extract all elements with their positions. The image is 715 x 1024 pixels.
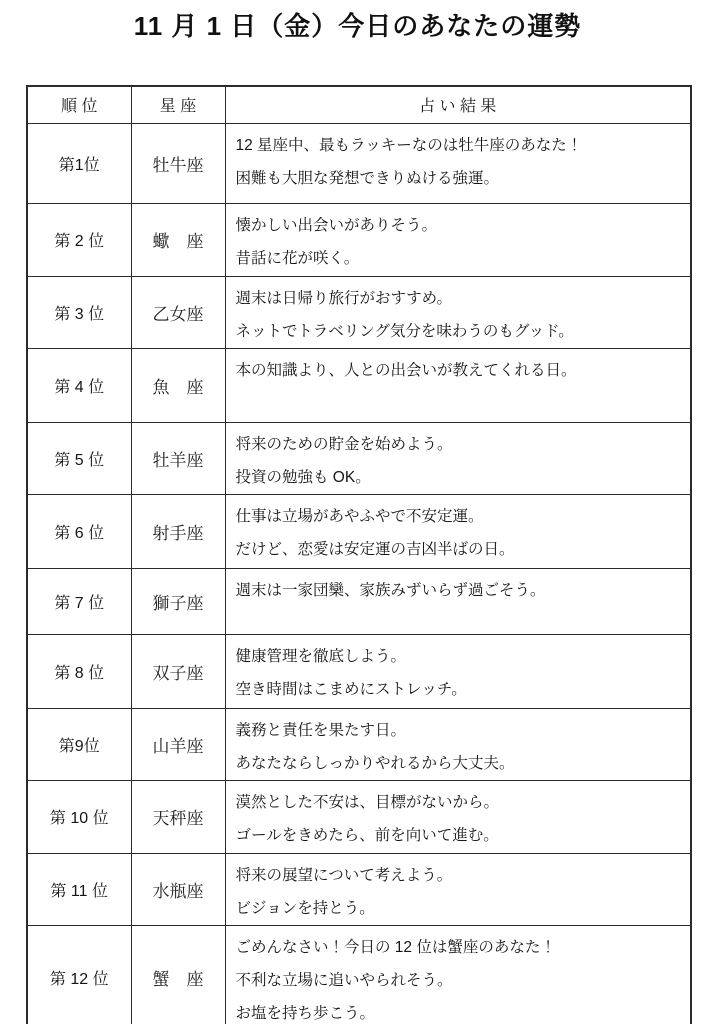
table-row: 第 4 位 魚 座 本の知識より、人との出会いが教えてくれる日。 bbox=[27, 348, 691, 422]
sign-cell: 牡羊座 bbox=[131, 422, 225, 494]
page-title: 11 月 1 日（金）今日のあなたの運勢 bbox=[0, 6, 715, 43]
fortune-cell: 週末は一家団欒、家族みずいらず過ごそう。 bbox=[225, 568, 691, 634]
rank-cell: 第 10 位 bbox=[27, 780, 131, 853]
fortune-cell: 漠然とした不安は、目標がないから。 ゴールをきめたら、前を向いて進む。 bbox=[225, 780, 691, 853]
rank-cell: 第 3 位 bbox=[27, 276, 131, 348]
sign-cell: 蟹 座 bbox=[131, 925, 225, 1024]
rank-cell: 第 6 位 bbox=[27, 494, 131, 568]
sign-cell: 蠍 座 bbox=[131, 203, 225, 276]
fortune-cell: 12 星座中、最もラッキーなのは牡牛座のあなた！ 困難も大胆な発想できりぬける強… bbox=[225, 123, 691, 203]
sign-cell: 双子座 bbox=[131, 634, 225, 708]
fortune-cell: 義務と責任を果たす日。 あなたならしっかりやれるから大丈夫。 bbox=[225, 708, 691, 780]
fortune-cell: 将来のための貯金を始めよう。 投資の勉強も OK。 bbox=[225, 422, 691, 494]
rank-cell: 第 4 位 bbox=[27, 348, 131, 422]
fortune-cell: ごめんなさい！今日の 12 位は蟹座のあなた！ 不利な立場に追いやられそう。 お… bbox=[225, 925, 691, 1024]
rank-cell: 第9位 bbox=[27, 708, 131, 780]
sign-cell: 水瓶座 bbox=[131, 853, 225, 925]
rank-cell: 第1位 bbox=[27, 123, 131, 203]
table-row: 第 7 位 獅子座 週末は一家団欒、家族みずいらず過ごそう。 bbox=[27, 568, 691, 634]
table-row: 第1位 牡牛座 12 星座中、最もラッキーなのは牡牛座のあなた！ 困難も大胆な発… bbox=[27, 123, 691, 203]
rank-cell: 第 12 位 bbox=[27, 925, 131, 1024]
header-rank: 順 位 bbox=[27, 86, 131, 123]
sign-cell: 牡牛座 bbox=[131, 123, 225, 203]
rank-cell: 第 7 位 bbox=[27, 568, 131, 634]
fortune-cell: 本の知識より、人との出会いが教えてくれる日。 bbox=[225, 348, 691, 422]
table-row: 第 8 位 双子座 健康管理を徹底しよう。 空き時間はこまめにストレッチ。 bbox=[27, 634, 691, 708]
table-row: 第 3 位 乙女座 週末は日帰り旅行がおすすめ。 ネットでトラベリング気分を味わ… bbox=[27, 276, 691, 348]
fortune-ranking-table: 順 位 星 座 占 い 結 果 第1位 牡牛座 12 星座中、最もラッキーなのは… bbox=[26, 85, 692, 1024]
fortune-cell: 仕事は立場があやふやで不安定運。 だけど、恋愛は安定運の吉凶半ばの日。 bbox=[225, 494, 691, 568]
sign-cell: 獅子座 bbox=[131, 568, 225, 634]
table-row: 第 2 位 蠍 座 懐かしい出会いがありそう。 昔話に花が咲く。 bbox=[27, 203, 691, 276]
sign-cell: 山羊座 bbox=[131, 708, 225, 780]
rank-cell: 第 11 位 bbox=[27, 853, 131, 925]
header-sign: 星 座 bbox=[131, 86, 225, 123]
header-result: 占 い 結 果 bbox=[225, 86, 691, 123]
table-row: 第9位 山羊座 義務と責任を果たす日。 あなたならしっかりやれるから大丈夫。 bbox=[27, 708, 691, 780]
sign-cell: 乙女座 bbox=[131, 276, 225, 348]
table-body: 第1位 牡牛座 12 星座中、最もラッキーなのは牡牛座のあなた！ 困難も大胆な発… bbox=[27, 123, 691, 1024]
sign-cell: 天秤座 bbox=[131, 780, 225, 853]
table-header: 順 位 星 座 占 い 結 果 bbox=[27, 86, 691, 123]
rank-cell: 第 2 位 bbox=[27, 203, 131, 276]
fortune-cell: 将来の展望について考えよう。 ビジョンを持とう。 bbox=[225, 853, 691, 925]
fortune-cell: 懐かしい出会いがありそう。 昔話に花が咲く。 bbox=[225, 203, 691, 276]
table-row: 第 12 位 蟹 座 ごめんなさい！今日の 12 位は蟹座のあなた！ 不利な立場… bbox=[27, 925, 691, 1024]
rank-cell: 第 5 位 bbox=[27, 422, 131, 494]
sign-cell: 魚 座 bbox=[131, 348, 225, 422]
fortune-cell: 健康管理を徹底しよう。 空き時間はこまめにストレッチ。 bbox=[225, 634, 691, 708]
table-row: 第 5 位 牡羊座 将来のための貯金を始めよう。 投資の勉強も OK。 bbox=[27, 422, 691, 494]
sign-cell: 射手座 bbox=[131, 494, 225, 568]
header-row: 順 位 星 座 占 い 結 果 bbox=[27, 86, 691, 123]
table-row: 第 10 位 天秤座 漠然とした不安は、目標がないから。 ゴールをきめたら、前を… bbox=[27, 780, 691, 853]
table-row: 第 11 位 水瓶座 将来の展望について考えよう。 ビジョンを持とう。 bbox=[27, 853, 691, 925]
fortune-cell: 週末は日帰り旅行がおすすめ。 ネットでトラベリング気分を味わうのもグッド。 bbox=[225, 276, 691, 348]
rank-cell: 第 8 位 bbox=[27, 634, 131, 708]
table-row: 第 6 位 射手座 仕事は立場があやふやで不安定運。 だけど、恋愛は安定運の吉凶… bbox=[27, 494, 691, 568]
